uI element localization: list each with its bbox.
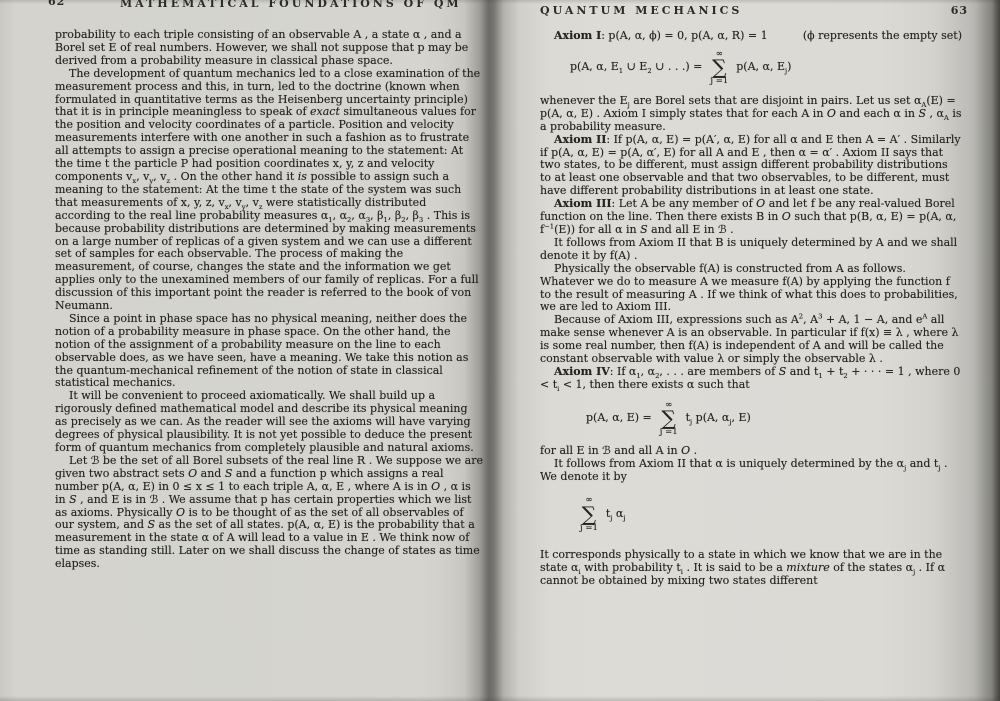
paragraph: It follows from Axiom II that B is uniqu… [540,237,962,263]
paragraph: whenever the Ej are Borel sets that are … [540,95,962,134]
paragraph: for all E in ℬ and all A in O . [540,445,962,458]
page-number-right: 63 [951,4,968,17]
running-title-right: QUANTUM MECHANICS [540,4,742,17]
paragraph-axiom-2: Axiom II: If p(A, α, E) = p(A′, α, E) fo… [540,134,962,199]
paragraph-axiom-4: Axiom IV: If α1, α2, . . . are members o… [540,366,962,392]
equation-left-side: p(A, α, E1 ∪ E2 ∪ . . .) = [570,61,702,74]
running-title-left: MATHEMATICAL FOUNDATIONS OF QM [120,0,462,10]
paragraph: probability to each triple consisting of… [55,29,483,68]
paragraph: Since a point in phase space has no phys… [55,313,483,390]
paragraph: Physically the observable f(A) is constr… [540,263,962,315]
display-equation: p(A, α, E1 ∪ E2 ∪ . . .) = ∞ ∑ j =1 p(A,… [570,50,962,86]
paragraph: It will be convenient to proceed axiomat… [55,390,483,455]
equation-right-side: tj αj [606,508,626,521]
text-column-left: probability to each triple consisting of… [55,29,483,571]
sigma-glyph: ∑ [662,409,676,428]
sum-lower-limit: j =1 [580,524,598,533]
sum-lower-limit: j =1 [710,77,728,86]
page-left: 62 MATHEMATICAL FOUNDATIONS OF QM probab… [0,0,500,701]
paragraph: It follows from Axiom II that α is uniqu… [540,458,962,484]
paragraph: The development of quantum mechanics led… [55,68,483,313]
equation-right-side: tj p(A, αj, E) [686,412,751,425]
paragraph: Let ℬ be the set of all Borel subsets of… [55,455,483,571]
paragraph-axiom-3: Axiom III: Let A be any member of O and … [540,198,962,237]
page-right: QUANTUM MECHANICS 63 Axiom I: p(A, α, ϕ)… [500,0,1000,701]
equation-left-side: p(A, α, E) = [586,412,652,425]
axiom-1-note: (ϕ represents the empty set) [794,30,962,43]
paragraph: Because of Axiom III, expressions such a… [540,314,962,366]
axiom-1-statement: Axiom I: p(A, α, ϕ) = 0, p(A, α, R) = 1 [540,30,768,43]
axiom-1-row: Axiom I: p(A, α, ϕ) = 0, p(A, α, R) = 1 … [540,30,962,43]
summation-symbol: ∞ ∑ j =1 [660,401,678,437]
sigma-glyph: ∑ [582,505,596,524]
paragraph: It corresponds physically to a state in … [540,549,962,588]
display-equation: ∞ ∑ j =1 tj αj [580,496,962,532]
page-number-left: 62 [48,0,65,8]
equation-right-side: p(A, α, Ej) [736,61,791,74]
summation-symbol: ∞ ∑ j =1 [580,496,598,532]
summation-symbol: ∞ ∑ j =1 [710,50,728,86]
sigma-glyph: ∑ [712,58,726,77]
sum-lower-limit: j =1 [660,428,678,437]
text-column-right: Axiom I: p(A, α, ϕ) = 0, p(A, α, R) = 1 … [540,30,962,588]
book-scan: 62 MATHEMATICAL FOUNDATIONS OF QM probab… [0,0,1000,701]
display-equation: p(A, α, E) = ∞ ∑ j =1 tj p(A, αj, E) [586,401,962,437]
